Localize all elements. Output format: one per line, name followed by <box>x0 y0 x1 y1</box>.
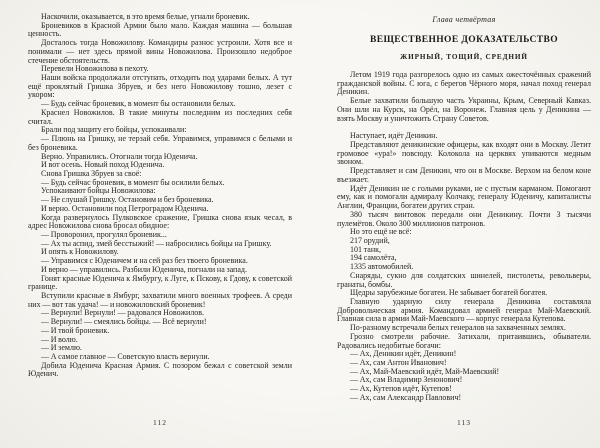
book-spread: Наскочили, оказывается, в это время белы… <box>0 0 600 448</box>
right-page-text: Летом 1919 года разгорелось одно из самы… <box>337 71 591 403</box>
paragraph: Досталось тогда Новожилову. Командиры ра… <box>28 39 292 65</box>
left-page-text: Наскочили, оказывается, в это время белы… <box>28 13 292 379</box>
paragraph: Когда развернулось Пулковское сражение, … <box>28 214 292 231</box>
page-number-left: 112 <box>28 418 292 427</box>
paragraph: Летом 1919 года разгорелось одно из самы… <box>337 71 591 97</box>
page-left: Наскочили, оказывается, в это время белы… <box>28 0 292 448</box>
paragraph: Грозно смотрели рабочие. Затихали, прита… <box>337 333 591 350</box>
page-right: Глава четвёртая ВЕЩЕСТВЕННОЕ ДОКАЗАТЕЛЬС… <box>337 0 591 448</box>
paragraph: — Плюнь на Гришку, не терзай себя. Управ… <box>28 135 292 152</box>
paragraph: Краснел Новожилов. В такие минуты послед… <box>28 109 292 126</box>
paragraph: Гонят красные Юденича к Ямбургу, к Луге,… <box>28 275 292 292</box>
paragraph: Идёт Деникин не с голыми руками, не с пу… <box>337 185 591 211</box>
paragraph: Снаряды, сукно для солдатских шинелей, п… <box>337 272 591 289</box>
paragraph: Добила Юденича Красная Армия. С позором … <box>28 362 292 379</box>
page-number-right: 113 <box>337 418 591 427</box>
paragraph: 380 тысяч винтовок передали они Деникину… <box>337 211 591 228</box>
section-title: ЖИРНЫЙ, ТОЩИЙ, СРЕДНИЙ <box>337 53 591 61</box>
chapter-label: Глава четвёртая <box>337 15 591 24</box>
paragraph: Вступили красные в Ямбург, захватили мно… <box>28 292 292 309</box>
paragraph: Белые захватили большую часть Украины, К… <box>337 97 591 123</box>
paragraph: Наши войска продолжали отступать, отходи… <box>28 74 292 100</box>
chapter-title: ВЕЩЕСТВЕННОЕ ДОКАЗАТЕЛЬСТВО <box>337 35 591 45</box>
paragraph: Главную ударную силу генерала Деникина с… <box>337 298 591 324</box>
paragraph: — Ах, сам Александр Павлович! <box>337 394 591 403</box>
paragraph: Представляют деникинские офицеры, как вх… <box>337 141 591 167</box>
paragraph: Представляет и сам Деникин, что он в Мос… <box>337 167 591 184</box>
paragraph: Броневиков в Красной Армии было мало. Ка… <box>28 22 292 39</box>
